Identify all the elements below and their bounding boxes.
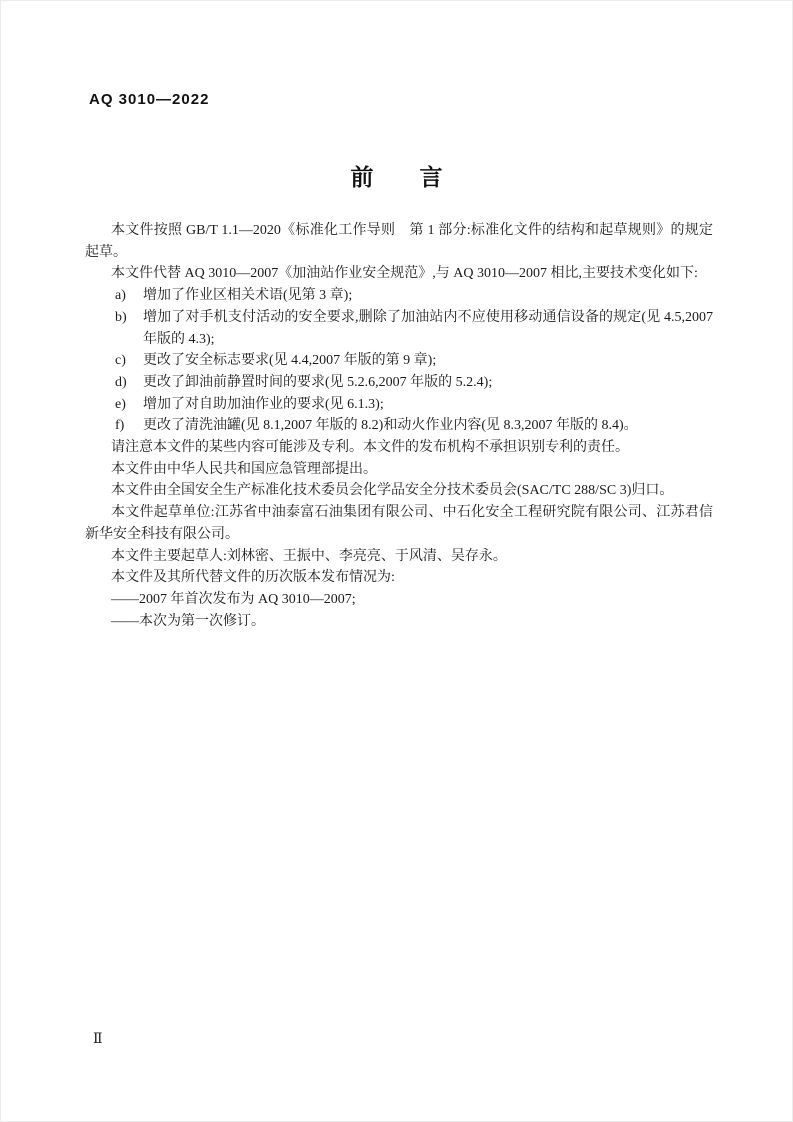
list-text: 更改了安全标志要求(见 4.4,2007 年版的第 9 章);: [143, 353, 436, 368]
page-title: 前 言: [1, 159, 792, 192]
list-text: 更改了卸油前静置时间的要求(见 5.2.6,2007 年版的 5.2.4);: [143, 375, 492, 390]
list-text: 增加了作业区相关术语(见第 3 章);: [143, 288, 352, 303]
list-item: b) 增加了对手机支付活动的安全要求,删除了加油站内不应使用移动通信设备的规定(…: [85, 307, 713, 350]
page-number: Ⅱ: [93, 1031, 103, 1048]
doc-code: AQ 3010—2022: [89, 91, 209, 108]
foreword-body: 本文件按照 GB/T 1.1—2020《标准化工作导则 第 1 部分:标准化文件…: [85, 220, 713, 632]
list-text: 增加了对手机支付活动的安全要求,删除了加油站内不应使用移动通信设备的规定(见 4…: [143, 310, 713, 347]
list-text: 增加了对自助加油作业的要求(见 6.1.3);: [143, 397, 384, 412]
paragraph: 请注意本文件的某些内容可能涉及专利。本文件的发布机构不承担识别专利的责任。: [85, 437, 713, 459]
version-history-line: ——本次为第一次修订。: [85, 611, 713, 633]
list-marker: b): [115, 307, 127, 329]
version-history-line: ——2007 年首次发布为 AQ 3010—2007;: [85, 589, 713, 611]
list-item: c) 更改了安全标志要求(见 4.4,2007 年版的第 9 章);: [85, 350, 713, 372]
paragraph: 本文件由中华人民共和国应急管理部提出。: [85, 459, 713, 481]
paragraph: 本文件主要起草人:刘林密、王振中、李亮亮、于风清、吴存永。: [85, 546, 713, 568]
paragraph: 本文件按照 GB/T 1.1—2020《标准化工作导则 第 1 部分:标准化文件…: [85, 220, 713, 263]
list-marker: f): [115, 415, 124, 437]
paragraph: 本文件代替 AQ 3010—2007《加油站作业安全规范》,与 AQ 3010—…: [85, 263, 713, 285]
list-item: d) 更改了卸油前静置时间的要求(见 5.2.6,2007 年版的 5.2.4)…: [85, 372, 713, 394]
paragraph: 本文件起草单位:江苏省中油泰富石油集团有限公司、中石化安全工程研究院有限公司、江…: [85, 502, 713, 545]
list-text: 更改了清洗油罐(见 8.1,2007 年版的 8.2)和动火作业内容(见 8.3…: [143, 418, 638, 433]
list-item: a) 增加了作业区相关术语(见第 3 章);: [85, 285, 713, 307]
list-item: f) 更改了清洗油罐(见 8.1,2007 年版的 8.2)和动火作业内容(见 …: [85, 415, 713, 437]
document-page: AQ 3010—2022 前 言 本文件按照 GB/T 1.1—2020《标准化…: [0, 0, 793, 1122]
paragraph: 本文件由全国安全生产标准化技术委员会化学品安全分技术委员会(SAC/TC 288…: [85, 480, 713, 502]
list-marker: d): [115, 372, 127, 394]
list-item: e) 增加了对自助加油作业的要求(见 6.1.3);: [85, 394, 713, 416]
list-marker: a): [115, 285, 126, 307]
list-marker: c): [115, 350, 126, 372]
paragraph: 本文件及其所代替文件的历次版本发布情况为:: [85, 567, 713, 589]
list-marker: e): [115, 394, 126, 416]
